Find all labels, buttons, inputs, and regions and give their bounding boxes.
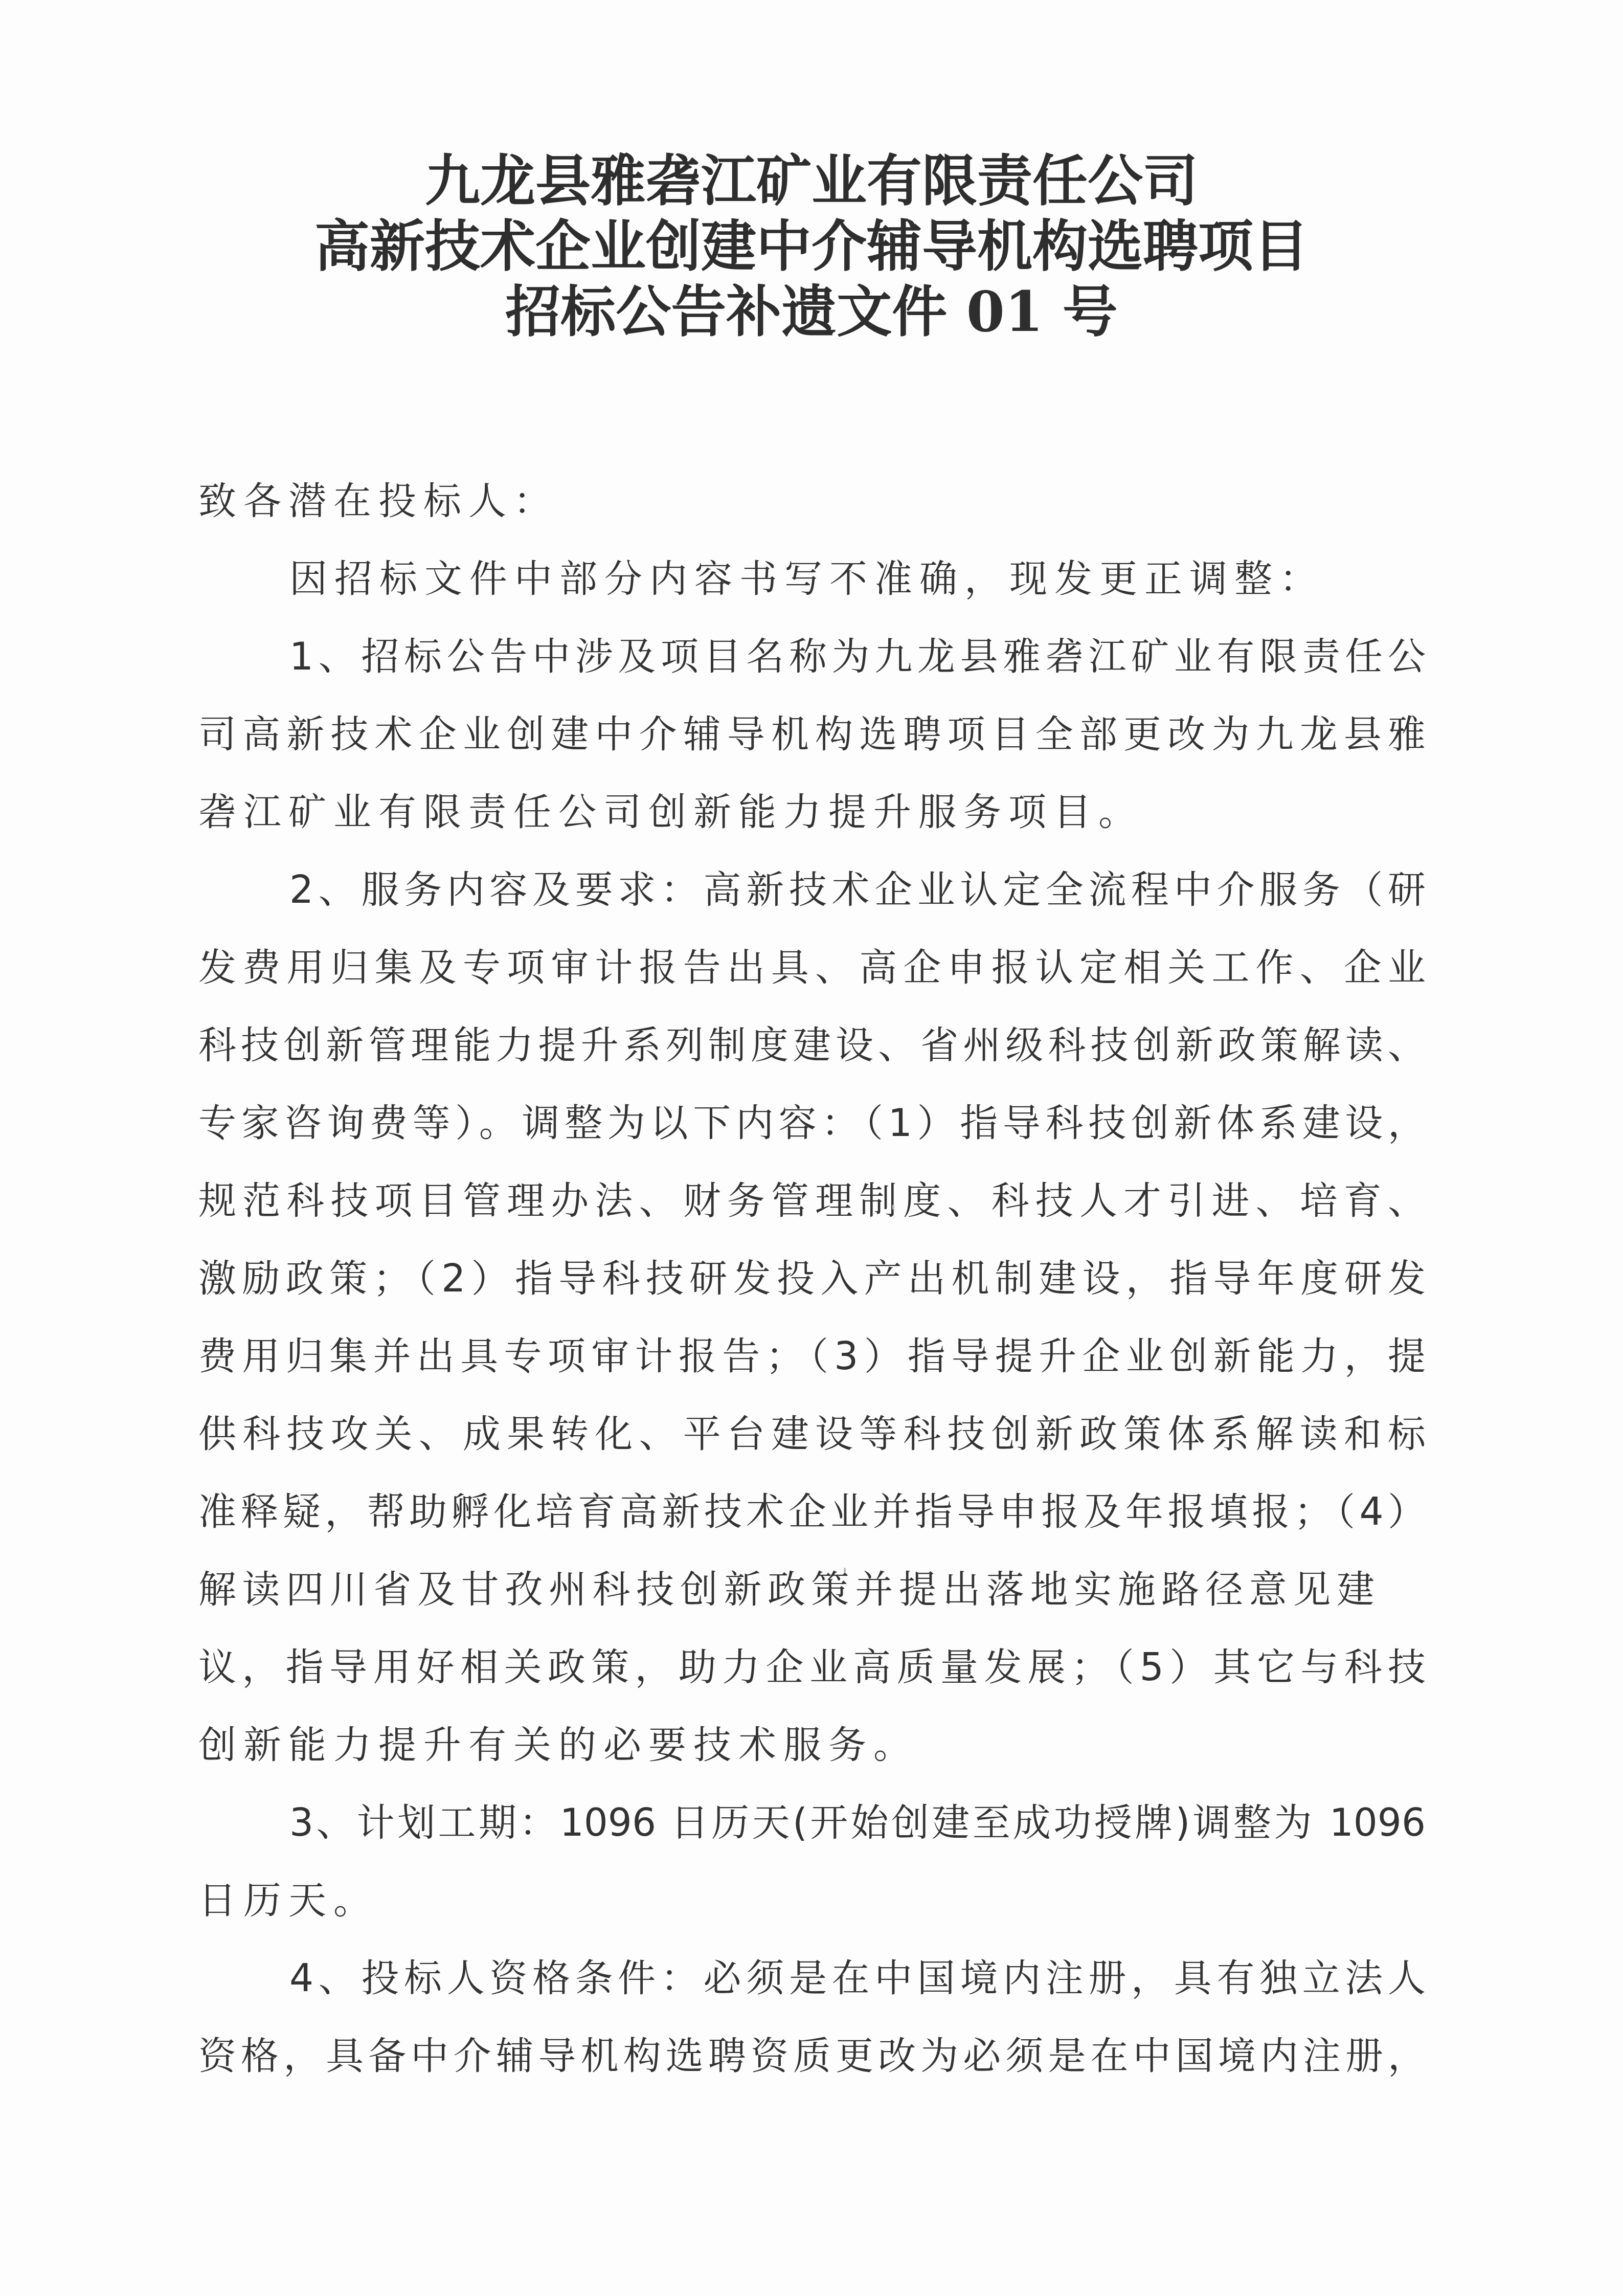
salutation: 致各潜在投标人： bbox=[198, 476, 1426, 553]
title-line-company: 九龙县雅砻江矿业有限责任公司 bbox=[0, 148, 1623, 214]
item-2-line: 发费用归集及专项审计报告出具、高企申报认定相关工作、企业 bbox=[198, 942, 1426, 1020]
item-2-line: 准释疑，帮助孵化培育高新技术企业并指导申报及年报填报；（4） bbox=[198, 1486, 1426, 1564]
title-line-project: 高新技术企业创建中介辅导机构选聘项目 bbox=[0, 214, 1623, 279]
item-4-paragraph: 4、投标人资格条件：必须是在中国境内注册，具有独立法人 资格，具备中介辅导机构选… bbox=[198, 1953, 1426, 2108]
item-4-line: 4、投标人资格条件：必须是在中国境内注册，具有独立法人 bbox=[198, 1953, 1426, 2031]
item-2-line: 规范科技项目管理办法、财务管理制度、科技人才引进、培育、 bbox=[198, 1175, 1426, 1253]
item-2-line: 解读四川省及甘孜州科技创新政策并提出落地实施路径意见建 bbox=[198, 1564, 1374, 1642]
item-3-line: 3、计划工期：1096 日历天(开始创建至成功授牌)调整为 1096 bbox=[198, 1797, 1426, 1875]
item-3-line: 日历天。 bbox=[198, 1875, 1426, 1953]
item-2-line: 科技创新管理能力提升系列制度建设、省州级科技创新政策解读、 bbox=[198, 1020, 1426, 1098]
item-2-paragraph: 2、服务内容及要求：高新技术企业认定全流程中介服务（研 发费用归集及专项审计报告… bbox=[198, 864, 1426, 1797]
item-1-paragraph: 1、招标公告中涉及项目名称为九龙县雅砻江矿业有限责任公 司高新技术企业创建中介辅… bbox=[198, 631, 1426, 864]
item-4-line: 资格，具备中介辅导机构选聘资质更改为必须是在中国境内注册， bbox=[198, 2031, 1426, 2108]
document-body: 致各潜在投标人： 因招标文件中部分内容书写不准确，现发更正调整： 1、招标公告中… bbox=[198, 476, 1426, 2108]
item-2-line: 议，指导用好相关政策，助力企业高质量发展；（5）其它与科技 bbox=[198, 1642, 1426, 1720]
scan-speck bbox=[217, 1041, 221, 1049]
item-1-line: 1、招标公告中涉及项目名称为九龙县雅砻江矿业有限责任公 bbox=[198, 631, 1426, 709]
item-2-line: 激励政策；（2）指导科技研发投入产出机制建设，指导年度研发 bbox=[198, 1253, 1426, 1331]
item-2-line: 创新能力提升有关的必要技术服务。 bbox=[198, 1720, 1426, 1797]
scan-speck bbox=[844, 1568, 846, 1573]
title-line-addendum: 招标公告补遗文件 01 号 bbox=[0, 279, 1623, 345]
item-2-line: 费用归集并出具专项审计报告；（3）指导提升企业创新能力，提 bbox=[198, 1331, 1426, 1409]
item-1-line: 司高新技术企业创建中介辅导机构选聘项目全部更改为九龙县雅 bbox=[198, 709, 1426, 787]
item-2-line: 2、服务内容及要求：高新技术企业认定全流程中介服务（研 bbox=[198, 864, 1426, 942]
item-1-line: 砻江矿业有限责任公司创新能力提升服务项目。 bbox=[198, 787, 1426, 864]
item-3-paragraph: 3、计划工期：1096 日历天(开始创建至成功授牌)调整为 1096 日历天。 bbox=[198, 1797, 1426, 1953]
intro-paragraph: 因招标文件中部分内容书写不准确，现发更正调整： bbox=[198, 553, 1426, 631]
item-2-line: 供科技攻关、成果转化、平台建设等科技创新政策体系解读和标 bbox=[198, 1409, 1426, 1486]
scan-speck bbox=[892, 1205, 894, 1210]
document-title: 九龙县雅砻江矿业有限责任公司 高新技术企业创建中介辅导机构选聘项目 招标公告补遗… bbox=[0, 148, 1623, 345]
item-2-line: 专家咨询费等）。调整为以下内容：（1）指导科技创新体系建设， bbox=[198, 1098, 1426, 1175]
document-page: 九龙县雅砻江矿业有限责任公司 高新技术企业创建中介辅导机构选聘项目 招标公告补遗… bbox=[0, 0, 1623, 2296]
